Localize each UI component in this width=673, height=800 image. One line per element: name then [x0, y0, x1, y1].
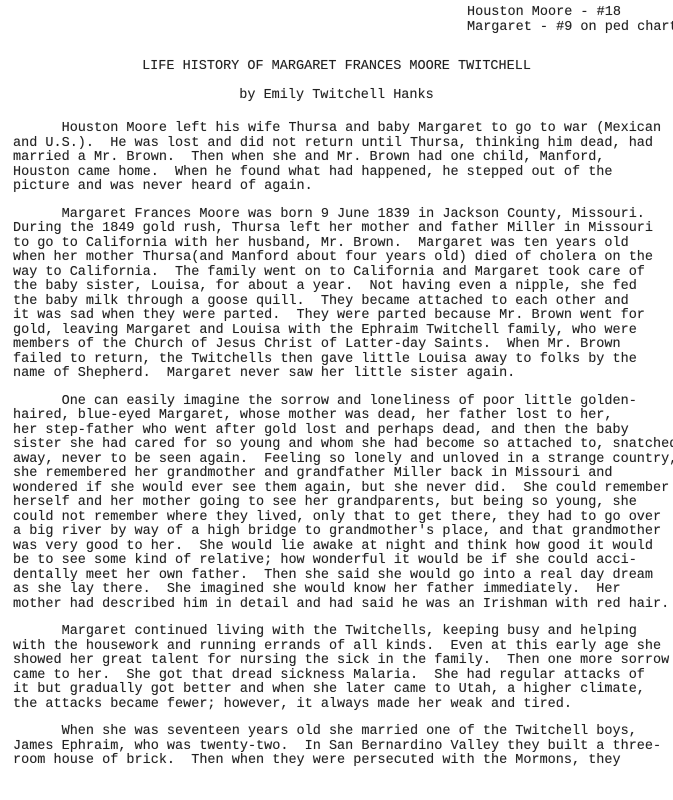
pedigree-reference-note: Houston Moore - #18 Margaret - #9 on ped…	[467, 6, 673, 35]
paragraph-margaret-birth: Margaret Frances Moore was born 9 June 1…	[13, 208, 673, 382]
scanned-typewritten-page: { "doc": { "header_note": "Houston Moore…	[0, 0, 673, 800]
byline: by Emily Twitchell Hanks	[13, 89, 660, 104]
paragraph-living-with-twitchells: Margaret continued living with the Twitc…	[13, 625, 673, 712]
paragraph-houston-moore: Houston Moore left his wife Thursa and b…	[13, 122, 673, 195]
paragraph-sorrow-loneliness: One can easily imagine the sorrow and lo…	[13, 395, 673, 613]
page-title: LIFE HISTORY OF MARGARET FRANCES MOORE T…	[13, 60, 660, 75]
paragraph-marriage: When she was seventeen years old she mar…	[13, 725, 673, 769]
